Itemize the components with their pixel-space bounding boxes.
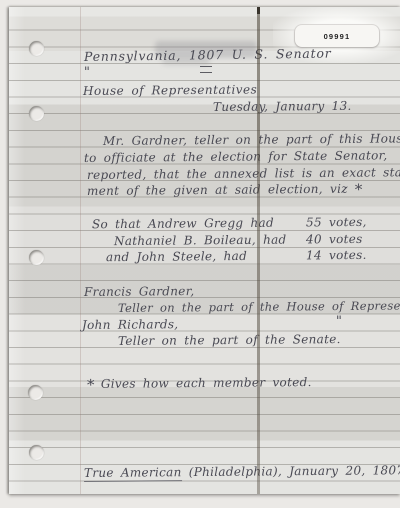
double-dash-mark (200, 66, 212, 73)
dateline: Tuesday, January 13. (213, 99, 352, 114)
opening-quote-mark: " (84, 66, 90, 80)
punch-hole (29, 445, 44, 460)
body-line: Mr. Gardner, teller on the part of this … (103, 131, 400, 148)
signature-name: John Richards, (82, 317, 178, 332)
footnote-line: *Gives how each member voted. (87, 375, 312, 391)
vote-candidate: and John Steele, had (106, 249, 247, 264)
vote-row: So that Andrew Gregg had 55 votes, (9, 215, 400, 234)
body-line-text: ment of the given at said election, viz (87, 182, 348, 198)
body-line: reported, that the annexed list is an ex… (87, 165, 400, 182)
closing-quote-mark: " (336, 315, 342, 329)
punch-hole (28, 385, 43, 400)
citation-source: True American (84, 465, 182, 481)
scanned-document-page: 09991 Pennsylvania, 1807 U. S. Senator "… (0, 0, 400, 508)
asterisk-mark: * (355, 181, 363, 199)
catalog-sticker: 09991 (295, 25, 379, 47)
paper-sheet: 09991 Pennsylvania, 1807 U. S. Senator "… (9, 7, 400, 494)
vote-row: and John Steele, had 14 votes. (9, 248, 400, 267)
vote-candidate: So that Andrew Gregg had (92, 216, 274, 232)
heading-line: House of Representatives (83, 82, 257, 98)
catalog-number: 09991 (324, 32, 351, 41)
asterisk-mark: * (87, 376, 95, 394)
citation-details: (Philadelphia), January 20, 1807. (182, 463, 400, 479)
punch-hole (29, 106, 44, 121)
vote-count: 55 votes, (306, 215, 367, 230)
vote-count: 14 votes. (306, 248, 367, 263)
vote-candidate: Nathaniel B. Boileau, had (114, 233, 287, 249)
signature-role: Teller on the part of the Senate. (118, 332, 341, 348)
body-line: to officiate at the election for State S… (84, 148, 388, 165)
fold-crease-line (257, 7, 260, 494)
citation-line: True American (Philadelphia), January 20… (84, 463, 400, 480)
punch-hole (29, 41, 44, 56)
body-line: ment of the given at said election, viz* (87, 182, 363, 198)
signature-name: Francis Gardner, (84, 284, 195, 299)
footnote-text: Gives how each member voted. (101, 375, 312, 391)
vote-count: 40 votes (306, 232, 363, 246)
